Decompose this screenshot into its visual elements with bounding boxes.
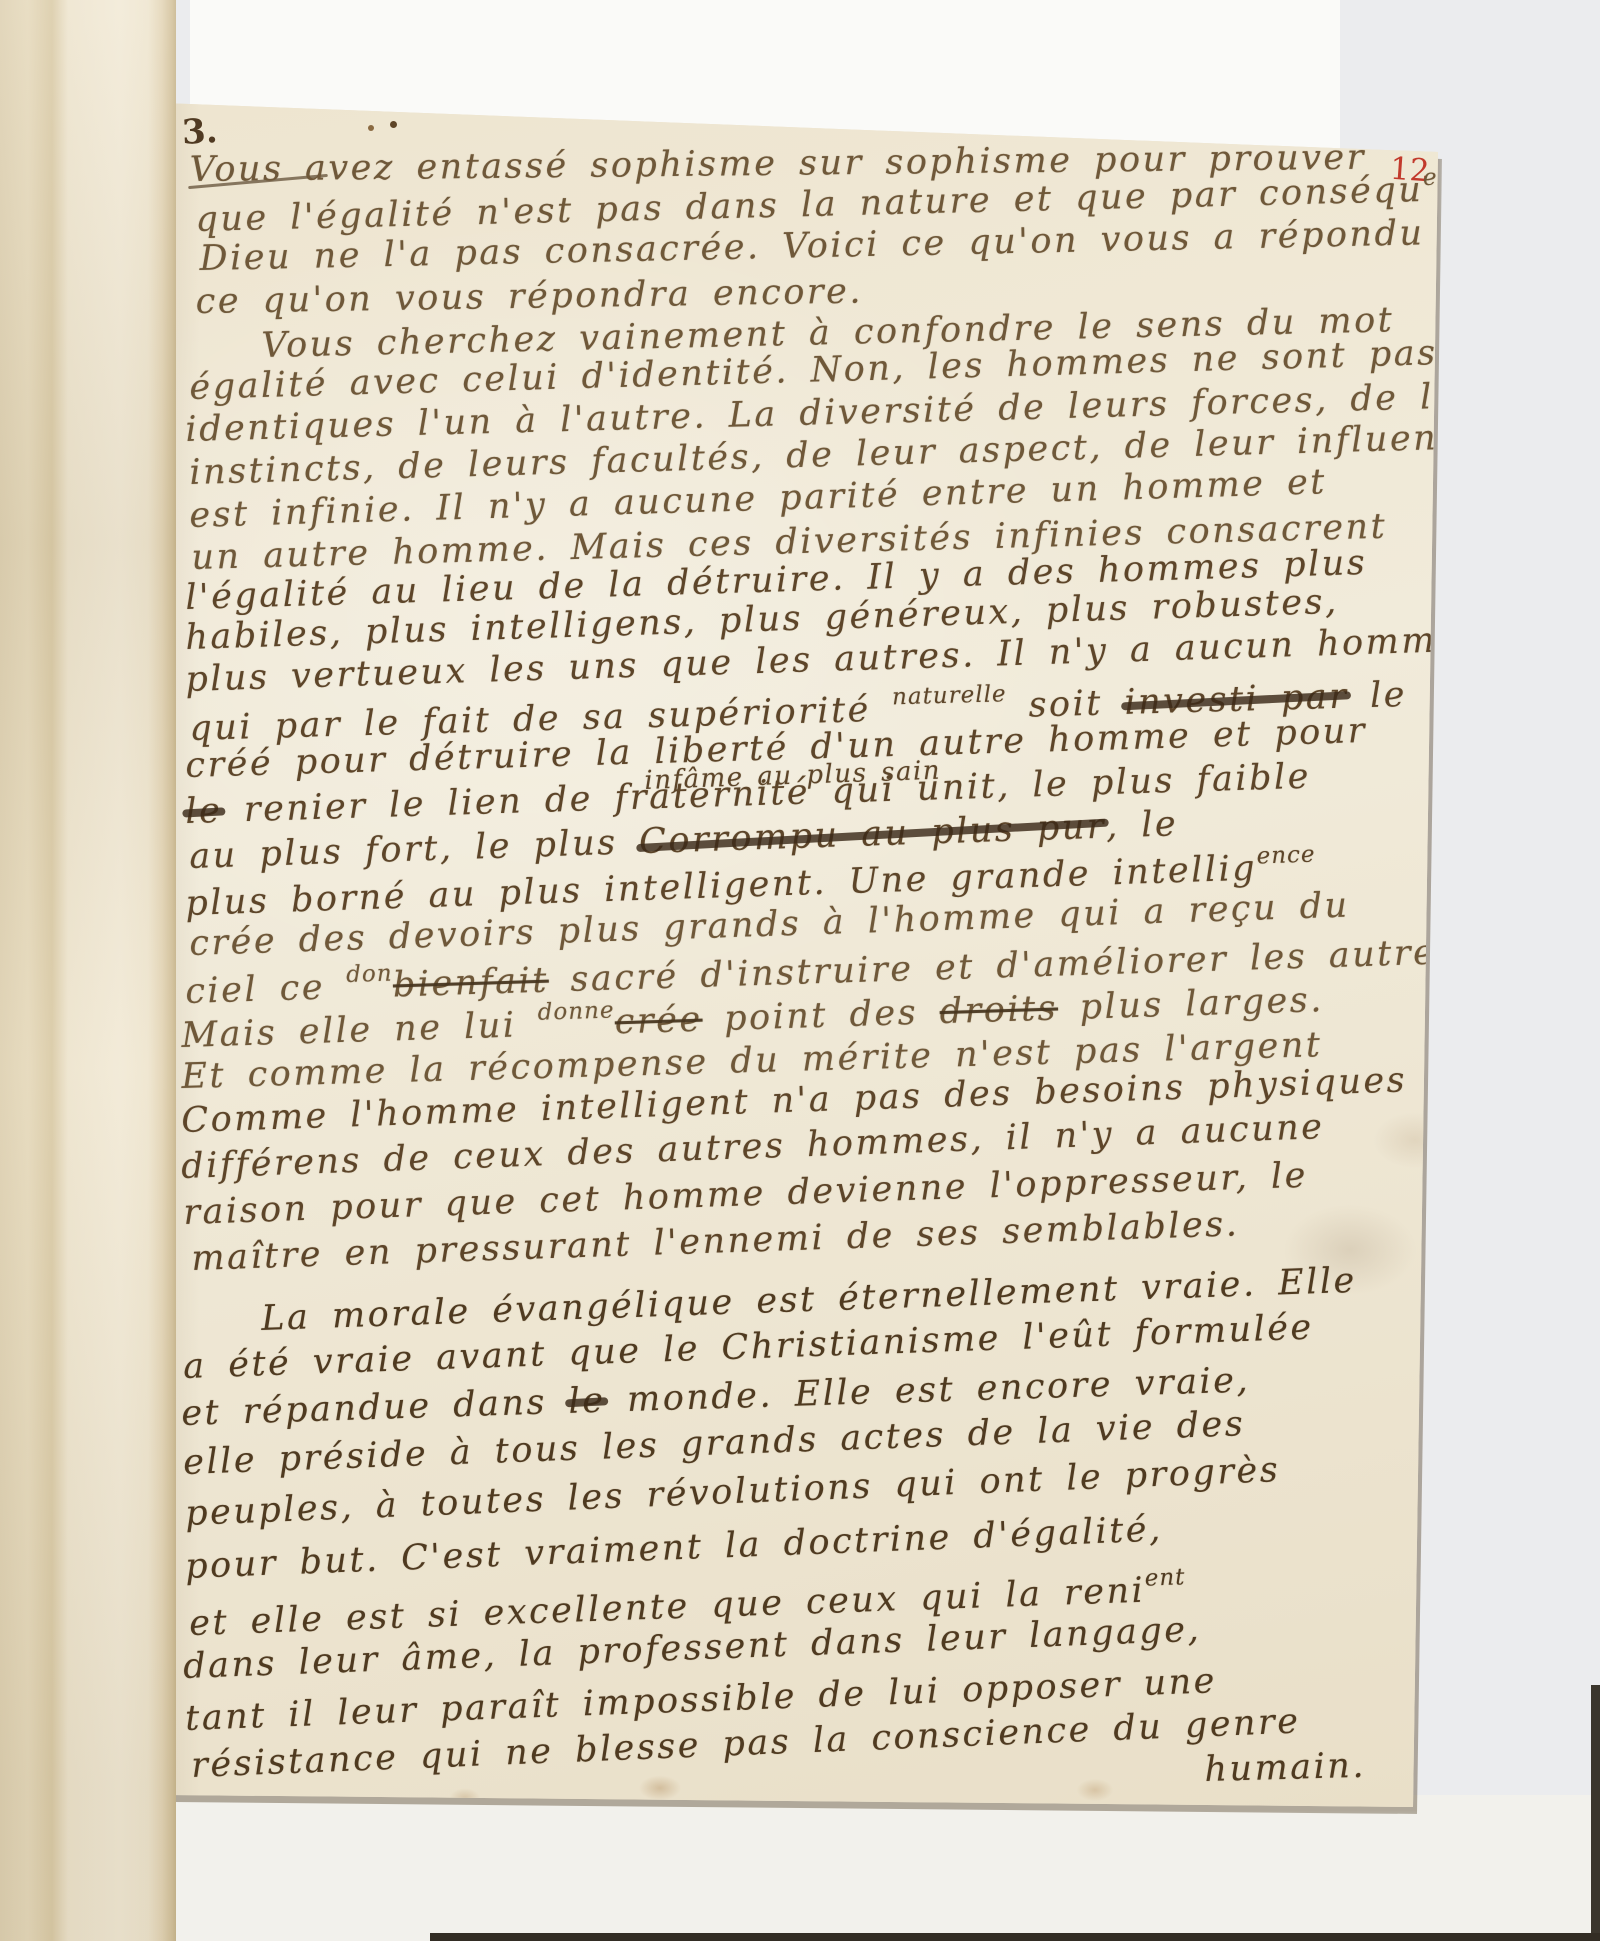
handwritten-text: ciel ce xyxy=(185,967,347,1012)
album-guard-fold xyxy=(0,0,176,1941)
inserted-word: don xyxy=(346,960,393,987)
inserted-word: ent xyxy=(1144,1564,1186,1591)
inserted-word: donne xyxy=(537,997,615,1025)
manuscript-line: humain. xyxy=(1204,1746,1366,1790)
struck-word: bienfait xyxy=(392,961,549,1006)
handwritten-text: point des xyxy=(702,992,940,1039)
struck-word: le xyxy=(185,791,223,832)
inserted-word: naturelle xyxy=(892,681,1007,710)
page-number: 3. xyxy=(181,111,219,153)
struck-word: droits xyxy=(939,988,1059,1032)
handwritten-text: humain. xyxy=(1204,1746,1366,1790)
scan-stage: 3. 12 Vous avez entassé sophisme sur sop… xyxy=(0,0,1600,1941)
struck-word: crée xyxy=(614,1000,703,1043)
inserted-word: ence xyxy=(1423,164,1483,191)
scan-edge-right xyxy=(1591,1685,1600,1941)
handwritten-text: plus larges. xyxy=(1057,980,1324,1028)
ink-dot xyxy=(368,125,374,131)
manuscript-page: 3. 12 Vous avez entassé sophisme sur sop… xyxy=(160,100,1440,1810)
handwritten-text: , le xyxy=(1105,804,1178,846)
backing-sheet-bottom xyxy=(172,1795,1600,1941)
struck-word: le xyxy=(568,1381,606,1422)
scan-edge-bottom xyxy=(430,1933,1600,1941)
inserted-word: ence xyxy=(1256,842,1316,870)
handwritten-text: et répandue dans xyxy=(181,1382,569,1434)
ink-dot xyxy=(390,121,397,128)
